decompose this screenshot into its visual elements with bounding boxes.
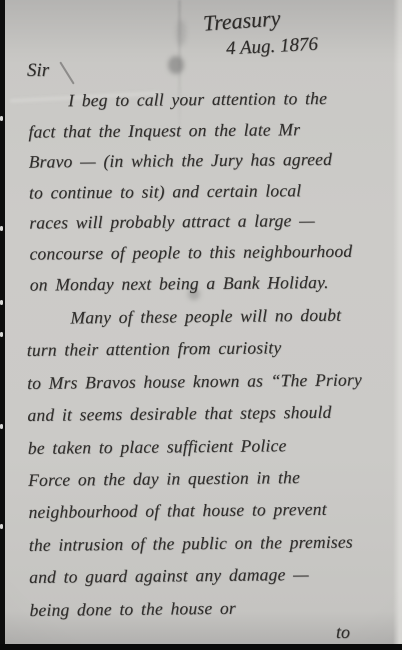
pen-flourish-mark xyxy=(59,61,74,84)
letter-line: races will probably attract a large — xyxy=(29,205,397,239)
letter-line: Force on the day in question in the xyxy=(28,460,400,496)
edge-speck xyxy=(0,332,3,337)
letter-line: be taken to place sufficient Police xyxy=(28,428,400,464)
letter-line: concourse of people to this neighbourhoo… xyxy=(29,235,397,269)
letter-line: and it seems desirable that steps should xyxy=(27,395,399,431)
letterhead-place: Treasury xyxy=(202,5,281,36)
letter-line: the intrusion of the public on the premi… xyxy=(29,525,401,561)
letter-line: fact that the Inquest on the late Mr xyxy=(28,113,396,147)
edge-speck xyxy=(0,116,3,121)
letter-photograph: Treasury 4 Aug. 1876 Sir I beg to call y… xyxy=(0,0,402,650)
letter-line: being done to the house or xyxy=(29,590,401,626)
letter-line: on Monday next being a Bank Holiday. xyxy=(30,266,398,300)
ink-smudge xyxy=(176,20,186,46)
letterhead-date: 4 Aug. 1876 xyxy=(225,34,318,61)
letter-line: to Mrs Bravos house known as “The Priory xyxy=(27,363,399,399)
body-paragraph-2: Many of these people will no doubt turn … xyxy=(26,298,401,626)
edge-speck xyxy=(0,424,3,429)
letter-line: and to guard against any damage — xyxy=(29,557,401,593)
letter-line: Many of these people will no doubt xyxy=(26,298,398,334)
body-paragraph-1: I beg to call your attention to the fact… xyxy=(28,82,398,299)
photo-left-edge xyxy=(0,0,5,650)
ink-smudge xyxy=(168,56,184,74)
letter-line: turn their attention from curiosity xyxy=(27,330,399,366)
letter-line: Bravo — (in which the Jury has agreed xyxy=(29,144,397,178)
catchword: to xyxy=(336,622,350,643)
letter-line: neighbourhood of that house to prevent xyxy=(28,492,400,528)
letter-line: to continue to sit) and certain local xyxy=(29,174,397,208)
salutation: Sir xyxy=(27,60,49,82)
letter-line: I beg to call your attention to the xyxy=(28,82,396,116)
edge-speck xyxy=(0,524,3,529)
photo-bottom-edge xyxy=(0,644,402,650)
edge-speck xyxy=(0,300,3,305)
edge-speck xyxy=(0,226,3,231)
